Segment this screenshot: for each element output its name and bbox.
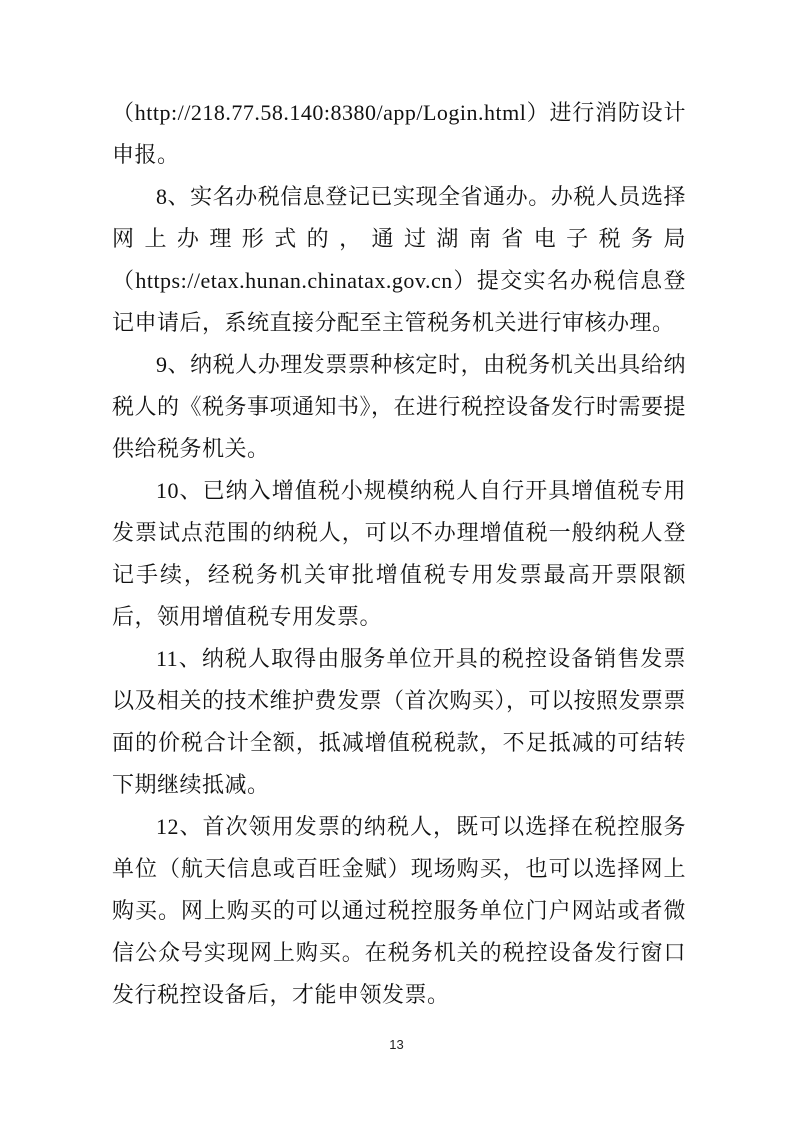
paragraph-item-8: 8、实名办税信息登记已实现全省通办。办税人员选择网上办理形式的，通过湖南省电子税… xyxy=(112,176,686,344)
paragraph-item-11: 11、纳税人取得由服务单位开具的税控设备销售发票以及相关的技术维护费发票（首次购… xyxy=(112,638,686,806)
document-body: （http://218.77.58.140:8380/app/Login.htm… xyxy=(112,92,686,1016)
page-footer: 13 xyxy=(0,1037,793,1052)
paragraph-continuation-paragraph: （http://218.77.58.140:8380/app/Login.htm… xyxy=(112,92,686,176)
paragraph-item-10: 10、已纳入增值税小规模纳税人自行开具增值税专用发票试点范围的纳税人，可以不办理… xyxy=(112,470,686,638)
paragraph-item-9: 9、纳税人办理发票票种核定时，由税务机关出具给纳税人的《税务事项通知书》，在进行… xyxy=(112,344,686,470)
document-page: （http://218.77.58.140:8380/app/Login.htm… xyxy=(0,0,793,1122)
paragraph-item-12: 12、首次领用发票的纳税人，既可以选择在税控服务单位（航天信息或百旺金赋）现场购… xyxy=(112,806,686,1016)
page-number: 13 xyxy=(389,1037,403,1052)
